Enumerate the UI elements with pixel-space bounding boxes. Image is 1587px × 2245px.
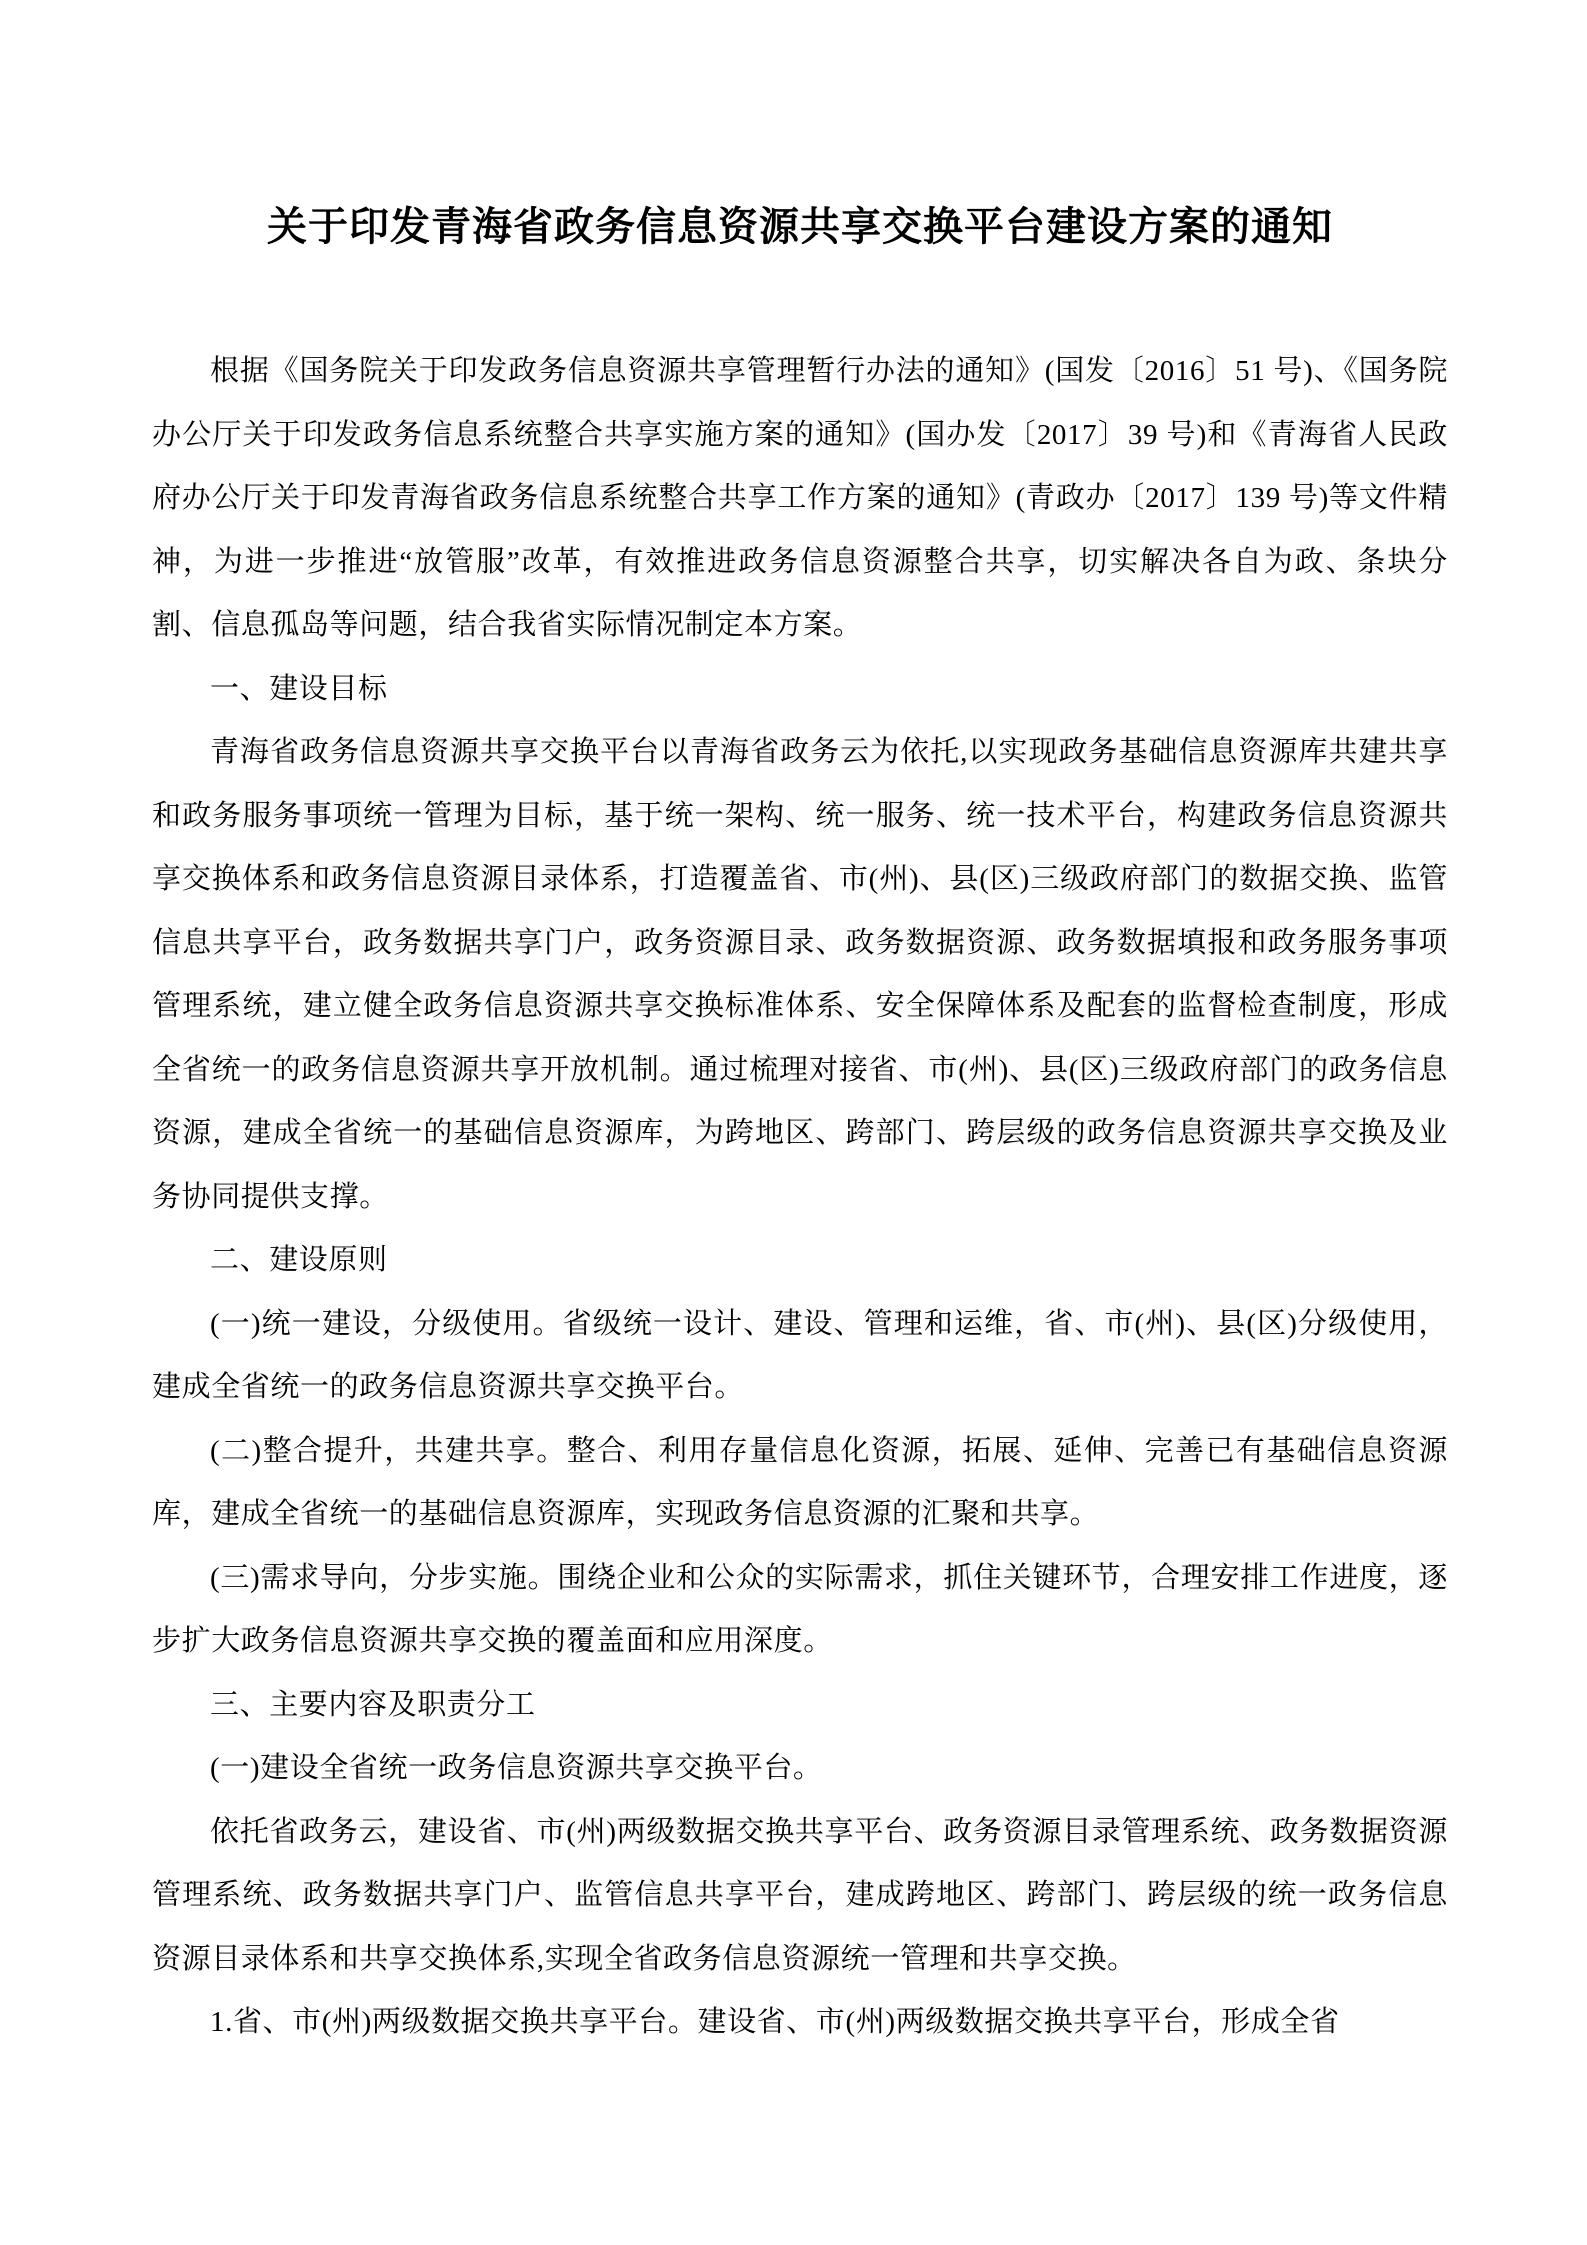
document-title: 关于印发青海省政务信息资源共享交换平台建设方案的通知 — [152, 200, 1448, 254]
body-paragraph: 根据《国务院关于印发政务信息资源共享管理暂行办法的通知》(国发〔2016〕51 … — [152, 340, 1448, 658]
document-page: 关于印发青海省政务信息资源共享交换平台建设方案的通知 根据《国务院关于印发政务信… — [0, 0, 1587, 2245]
body-paragraph: (一)建设全省统一政务信息资源共享交换平台。 — [152, 1737, 1448, 1801]
body-paragraph: (二)整合提升，共建共享。整合、利用存量信息化资源，拓展、延伸、完善已有基础信息… — [152, 1420, 1448, 1547]
body-paragraph: (一)统一建设，分级使用。省级统一设计、建设、管理和运维，省、市(州)、县(区)… — [152, 1293, 1448, 1420]
body-paragraph: 青海省政务信息资源共享交换平台以青海省政务云为依托,以实现政务基础信息资源库共建… — [152, 721, 1448, 1229]
section-heading: 一、建设目标 — [152, 658, 1448, 722]
section-heading: 二、建设原则 — [152, 1229, 1448, 1293]
document-body: 根据《国务院关于印发政务信息资源共享管理暂行办法的通知》(国发〔2016〕51 … — [152, 340, 1448, 2055]
body-paragraph: (三)需求导向，分步实施。围绕企业和公众的实际需求，抓住关键环节，合理安排工作进… — [152, 1547, 1448, 1674]
body-paragraph: 1.省、市(州)两级数据交换共享平台。建设省、市(州)两级数据交换共享平台，形成… — [152, 1991, 1448, 2055]
section-heading: 三、主要内容及职责分工 — [152, 1674, 1448, 1738]
body-paragraph: 依托省政务云，建设省、市(州)两级数据交换共享平台、政务资源目录管理系统、政务数… — [152, 1801, 1448, 1992]
